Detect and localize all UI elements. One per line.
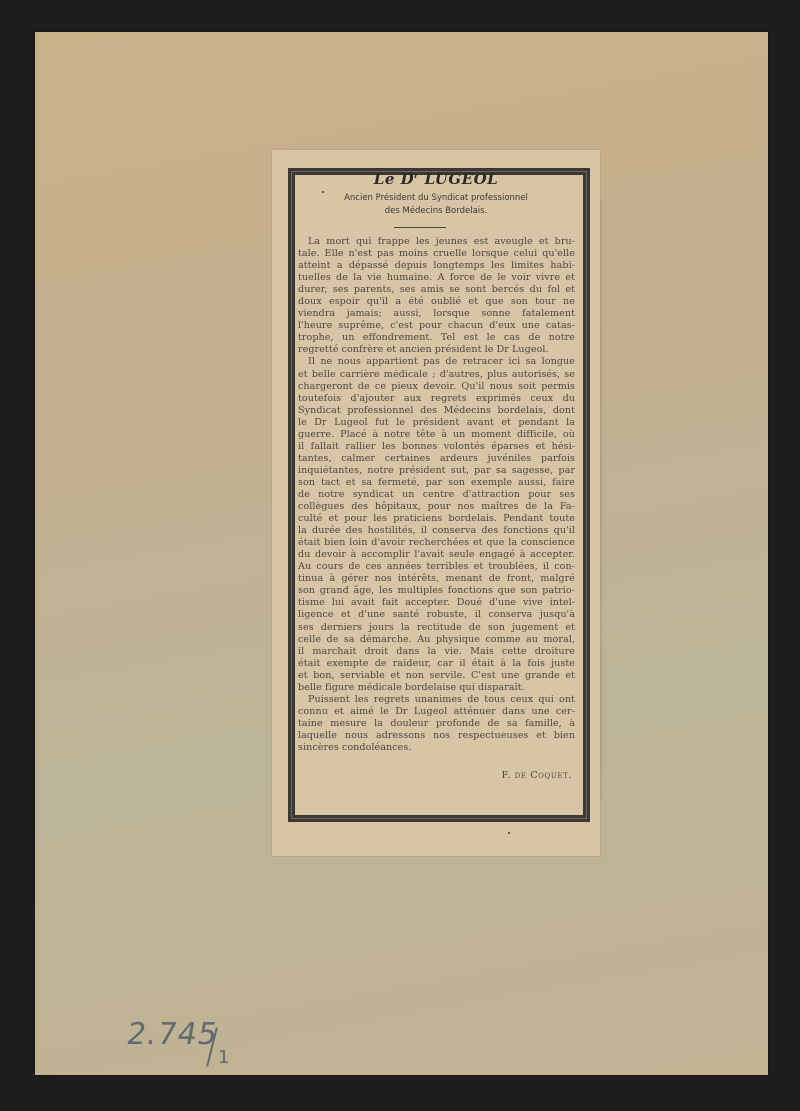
article-body: La mort qui frappe les jeunes est aveugl…	[298, 236, 575, 754]
body-line: ligence et d'une santé robuste, il conse…	[298, 609, 575, 621]
body-line: était bien loin d'avoir recherchées et q…	[298, 537, 575, 549]
body-line: laquelle nous adressons nos respectueuse…	[298, 730, 575, 742]
archive-number-sub: 1	[218, 1047, 229, 1068]
title-name: LUGEOL	[425, 170, 499, 188]
body-line: il marchait droit dans la vie. Mais cett…	[298, 646, 575, 658]
body-line: trophe, un effondrement. Tel est le cas …	[298, 332, 575, 344]
body-line: de notre syndicat un centre d'attraction…	[298, 489, 575, 501]
body-line: inquiétantes, notre président sut, par s…	[298, 465, 575, 477]
body-line: l'heure suprême, c'est pour chacun d'eux…	[298, 320, 575, 332]
author-signature: F. de Coquet.	[502, 770, 572, 781]
body-line: viendra jamais; aussi, lorsque sonne fat…	[298, 308, 575, 320]
body-line: sincères condoléances.	[298, 742, 575, 754]
title-rule	[394, 227, 446, 228]
body-line: collègues des hôpitaux, pour nos maîtres…	[298, 501, 575, 513]
body-line: tuelles de la vie humaine. A force de le…	[298, 272, 575, 284]
body-line: atteint a dépassé depuis longtemps les l…	[298, 260, 575, 272]
body-line: belle figure médicale bordelaise qui dis…	[298, 682, 575, 694]
body-line: Il ne nous appartient pas de retracer ic…	[298, 356, 575, 368]
body-line: taine mesure la douleur profonde de sa f…	[298, 718, 575, 730]
body-line: Puissent les regrets unanimes de tous ce…	[298, 694, 575, 706]
print-speck	[508, 832, 510, 834]
title-sup: r	[414, 170, 419, 180]
body-line: durer, ses parents, ses amis se sont ber…	[298, 284, 575, 296]
body-line: il fallait rallier les bonnes volontés é…	[298, 441, 575, 453]
body-line: le Dr Lugeol fut le président avant et p…	[298, 417, 575, 429]
body-line: tale. Elle n'est pas moins cruelle lorsq…	[298, 248, 575, 260]
body-line: était exempte de raideur, car il était à…	[298, 658, 575, 670]
body-line: celle de sa démarche. Au physique comme …	[298, 634, 575, 646]
body-line: regretté confrère et ancien président le…	[298, 344, 575, 356]
body-line: Au cours de ces années terribles et trou…	[298, 561, 575, 573]
subtitle-line: Ancien Président du Syndicat professionn…	[272, 192, 600, 205]
body-line: son tact et sa fermeté, par son exemple …	[298, 477, 575, 489]
body-line: doux espoir qu'il a été oublié et que so…	[298, 296, 575, 308]
body-line: ses derniers jours la rectitude de son j…	[298, 622, 575, 634]
archive-number: 2.745	[124, 1017, 221, 1052]
body-line: et bon, serviable et non servile. C'est …	[298, 670, 575, 682]
body-line: son grand âge, les multiples fonctions q…	[298, 585, 575, 597]
body-line: du devoir à accomplir l'avait seule enga…	[298, 549, 575, 561]
body-line: culté et pour les praticiens bordelais. …	[298, 513, 575, 525]
body-line: Syndicat professionnel des Médecins bord…	[298, 405, 575, 417]
body-line: tantes, calmer certaines ardeurs juvénil…	[298, 453, 575, 465]
article-title: Le Dr LUGEOL	[272, 170, 600, 188]
subtitle-line: des Médecins Bordelais.	[272, 205, 600, 218]
body-line: tinua à gérer nos intérêts, menant de fr…	[298, 573, 575, 585]
body-line: La mort qui frappe les jeunes est aveugl…	[298, 236, 575, 248]
body-line: la durée des hostilités, il conserva des…	[298, 525, 575, 537]
body-line: et belle carrière médicale ; d'autres, p…	[298, 369, 575, 381]
title-prefix: Le D	[374, 170, 414, 188]
body-line: chargeront de ce pieux devoir. Qu'il nou…	[298, 381, 575, 393]
body-line: connu et aimé le Dr Lugeol atténuer dans…	[298, 706, 575, 718]
body-line: toutefois d'ajouter aux regrets exprimés…	[298, 393, 575, 405]
body-line: tisme lui avait fait accepter. Doué d'un…	[298, 597, 575, 609]
body-line: guerre. Placé à notre tête à un moment d…	[298, 429, 575, 441]
article-subtitle: Ancien Président du Syndicat professionn…	[272, 192, 600, 218]
newspaper-clipping: Le Dr LUGEOL Ancien Président du Syndica…	[272, 150, 600, 856]
